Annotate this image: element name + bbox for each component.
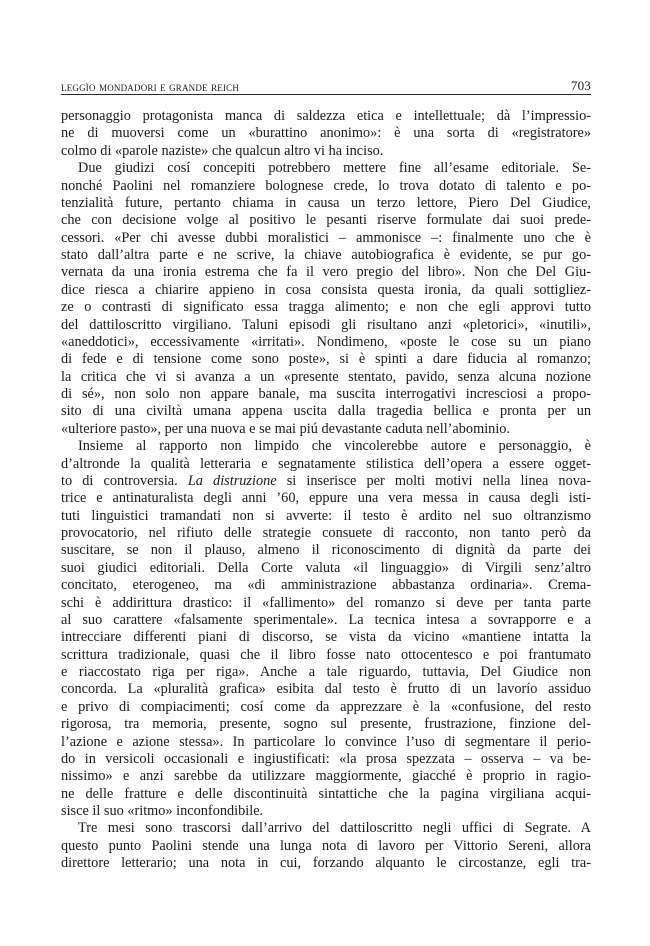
book-title-italic: La distruzione	[188, 473, 277, 489]
text-line: colmo di «parole naziste» che qualcun al…	[61, 143, 591, 160]
text-line: sisce il suo «ritmo» inconfondibile.	[61, 803, 591, 820]
text-line: schi è addirittura drastico: il «fallime…	[61, 595, 591, 612]
text-line: ne delle fratture e delle discontinuità …	[61, 786, 591, 803]
text-line: concitato, eterogeneo, ma «di amministra…	[61, 577, 591, 594]
text-line: di fede e di tensione come sono poste», …	[61, 351, 591, 368]
text-line: rigorosa, tra memoria, presente, sogno s…	[61, 716, 591, 733]
text-line: to di controversia. La distruzione si in…	[61, 473, 591, 490]
text-line: al suo carattere «falsamente sperimental…	[61, 612, 591, 629]
text-line: do in versicoli occasionali e ingiustifi…	[61, 751, 591, 768]
text-line: sito di una civiltà umana appena uscita …	[61, 403, 591, 420]
text-line: suoi giudici editoriali. Della Corte val…	[61, 560, 591, 577]
page-number: 703	[571, 78, 591, 94]
text-line: provocatorio, nel rifiuto delle strategi…	[61, 525, 591, 542]
text-line: questo punto Paolini stende una lunga no…	[61, 838, 591, 855]
text-line: direttore letterario; una nota in cui, f…	[61, 855, 591, 872]
text-line: scrittura tradizionale, quasi che il lib…	[61, 647, 591, 664]
text-line: del dattiloscritto virgiliano. Taluni ep…	[61, 317, 591, 334]
text-line: ze o contrasti di significato essa tragg…	[61, 299, 591, 316]
text-line: stato dall’altra parte e ne scrive, la c…	[61, 247, 591, 264]
body-text: personaggio protagonista manca di saldez…	[61, 108, 591, 873]
text-line: d’altronde la qualità letteraria e segna…	[61, 456, 591, 473]
text-line: vernata da una ironia estrema che fa il …	[61, 264, 591, 281]
text-line: tenzialità future, pertanto chiama in ca…	[61, 195, 591, 212]
text-line: «ulteriore pasto», per una nuova e se ma…	[61, 421, 591, 438]
running-head: LEGGÌO MONDADORI E GRANDE REICH 703	[61, 78, 591, 95]
running-head-title: LEGGÌO MONDADORI E GRANDE REICH	[61, 80, 239, 95]
text-line: nonché Paolini nel romanziere bolognese …	[61, 178, 591, 195]
text-line: Tre mesi sono trascorsi dall’arrivo del …	[61, 820, 591, 837]
text-line: personaggio protagonista manca di saldez…	[61, 108, 591, 125]
text-line: e riaccostato riga per riga». Anche a ta…	[61, 664, 591, 681]
text-line: trice e antinaturalista degli anni ’60, …	[61, 490, 591, 507]
text-line: cessori. «Per chi avesse dubbi moralisti…	[61, 230, 591, 247]
text-line: che con decisione volge al positivo le p…	[61, 212, 591, 229]
text-line: di sé», non solo non appare banale, ma s…	[61, 386, 591, 403]
text-line: l’azione e azione stessa». In particolar…	[61, 734, 591, 751]
book-page: LEGGÌO MONDADORI E GRANDE REICH 703 pers…	[0, 0, 650, 946]
text-line: dice riesca a chiarire appieno in cosa c…	[61, 282, 591, 299]
text-line: ne di muoversi come un «burattino anonim…	[61, 125, 591, 142]
text-line: e privo di compiacimenti; cosí come da a…	[61, 699, 591, 716]
text-line: Due giudizi cosí concepiti potrebbero me…	[61, 160, 591, 177]
text-line: nissimo» e anzi sarebbe da utilizzare ma…	[61, 768, 591, 785]
text-line: suscitare, se non il plauso, almeno il r…	[61, 542, 591, 559]
text-line: «aneddotici», eccessivamente «irritati».…	[61, 334, 591, 351]
text-line: intrecciare differenti piani di discorso…	[61, 629, 591, 646]
text-line: Insieme al rapporto non limpido che vinc…	[61, 438, 591, 455]
text-line: concorda. La «pluralità grafica» esibita…	[61, 681, 591, 698]
text-line: la critica che vi si avanza a un «presen…	[61, 369, 591, 386]
text-line: tuti linguistici tramandati non si avver…	[61, 508, 591, 525]
